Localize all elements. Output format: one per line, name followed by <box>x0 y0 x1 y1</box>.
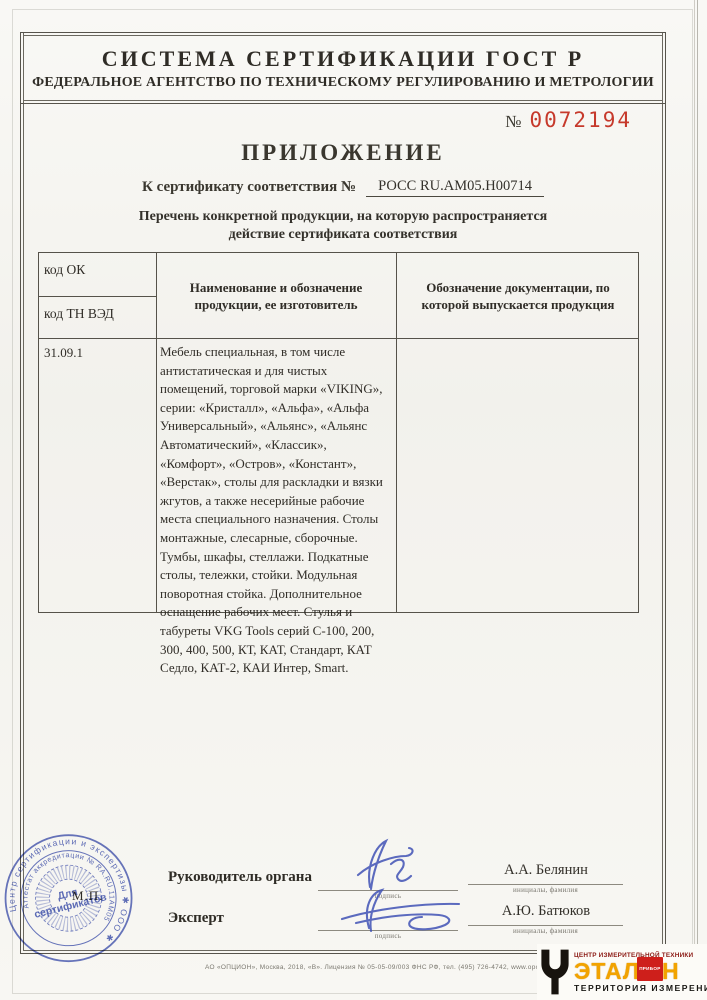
table-header-divider <box>39 338 638 339</box>
header-box: СИСТЕМА СЕРТИФИКАЦИИ ГОСТ Р ФЕДЕРАЛЬНОЕ … <box>20 32 666 104</box>
form-serial-number: 0072194 <box>529 108 632 132</box>
product-table: код ОК код ТН ВЭД Наименование и обознач… <box>38 252 639 613</box>
certificate-appendix-page: СИСТЕМА СЕРТИФИКАЦИИ ГОСТ Р ФЕДЕРАЛЬНОЕ … <box>0 0 707 1000</box>
signature-stroke <box>358 841 413 889</box>
brand-text-right: Н <box>662 960 680 982</box>
name-line <box>468 925 623 926</box>
row-code-ok: 31.09.1 <box>44 345 83 361</box>
col-header-code-tnved: код ТН ВЭД <box>44 306 114 322</box>
brand-tag: ПРИБОР <box>637 957 662 981</box>
logo-tagline-bottom: ТЕРРИТОРИЯ ИЗМЕРЕНИЙ <box>574 983 707 993</box>
certificate-reference-label: К сертификату соответствия № <box>142 179 356 195</box>
brand-text-left: ЭТАЛ <box>574 960 640 982</box>
scope-line-2: действие сертификата соответствия <box>20 226 666 244</box>
form-serial: № 0072194 <box>505 108 632 132</box>
name-caption: инициалы, фамилия <box>468 927 623 935</box>
etalon-logo: ЦЕНТР ИЗМЕРИТЕЛЬНОЙ ТЕХНИКИ ЭТАЛ Н ПРИБО… <box>537 944 707 1000</box>
name-caption: инициалы, фамилия <box>468 886 623 894</box>
scope-statement: Перечень конкретной продукции, на котору… <box>20 208 666 244</box>
role-head-of-body: Руководитель органа <box>168 869 312 886</box>
head-of-body-name: А.А. Белянин <box>472 862 620 879</box>
brand-row: ЭТАЛ Н ПРИБОР <box>574 960 680 982</box>
col-header-documentation: Обозначение документации, по которой вып… <box>396 253 640 338</box>
col-header-code-ok: код ОК <box>44 262 85 278</box>
name-line <box>468 884 623 885</box>
paper-right-shadow <box>694 0 698 1000</box>
col-header-product: Наименование и обозначение продукции, ее… <box>156 253 396 338</box>
table-code-cell-divider <box>39 296 156 297</box>
signature-stroke <box>342 890 459 931</box>
handwritten-signatures <box>312 833 477 943</box>
federal-agency-title: ФЕДЕРАЛЬНОЕ АГЕНТСТВО ПО ТЕХНИЧЕСКОМУ РЕ… <box>32 75 654 91</box>
tuning-fork-icon <box>539 948 571 996</box>
role-expert: Эксперт <box>168 910 224 927</box>
row-product-description: Мебель специальная, в том числе антистат… <box>160 343 393 678</box>
scope-line-1: Перечень конкретной продукции, на котору… <box>20 208 666 226</box>
certificate-reference: К сертификату соответствия № РОСС RU.АМ0… <box>20 178 666 198</box>
printing-house-imprint: АО «ОПЦИОН», Москва, 2018, «В». Лицензия… <box>205 964 557 971</box>
certificate-number: РОСС RU.АМ05.Н00714 <box>366 178 544 197</box>
expert-name: А.Ю. Батюков <box>472 903 620 920</box>
form-serial-label: № <box>505 112 521 132</box>
page-title: ПРИЛОЖЕНИЕ <box>20 140 666 166</box>
certification-system-title: СИСТЕМА СЕРТИФИКАЦИИ ГОСТ Р <box>102 46 584 72</box>
